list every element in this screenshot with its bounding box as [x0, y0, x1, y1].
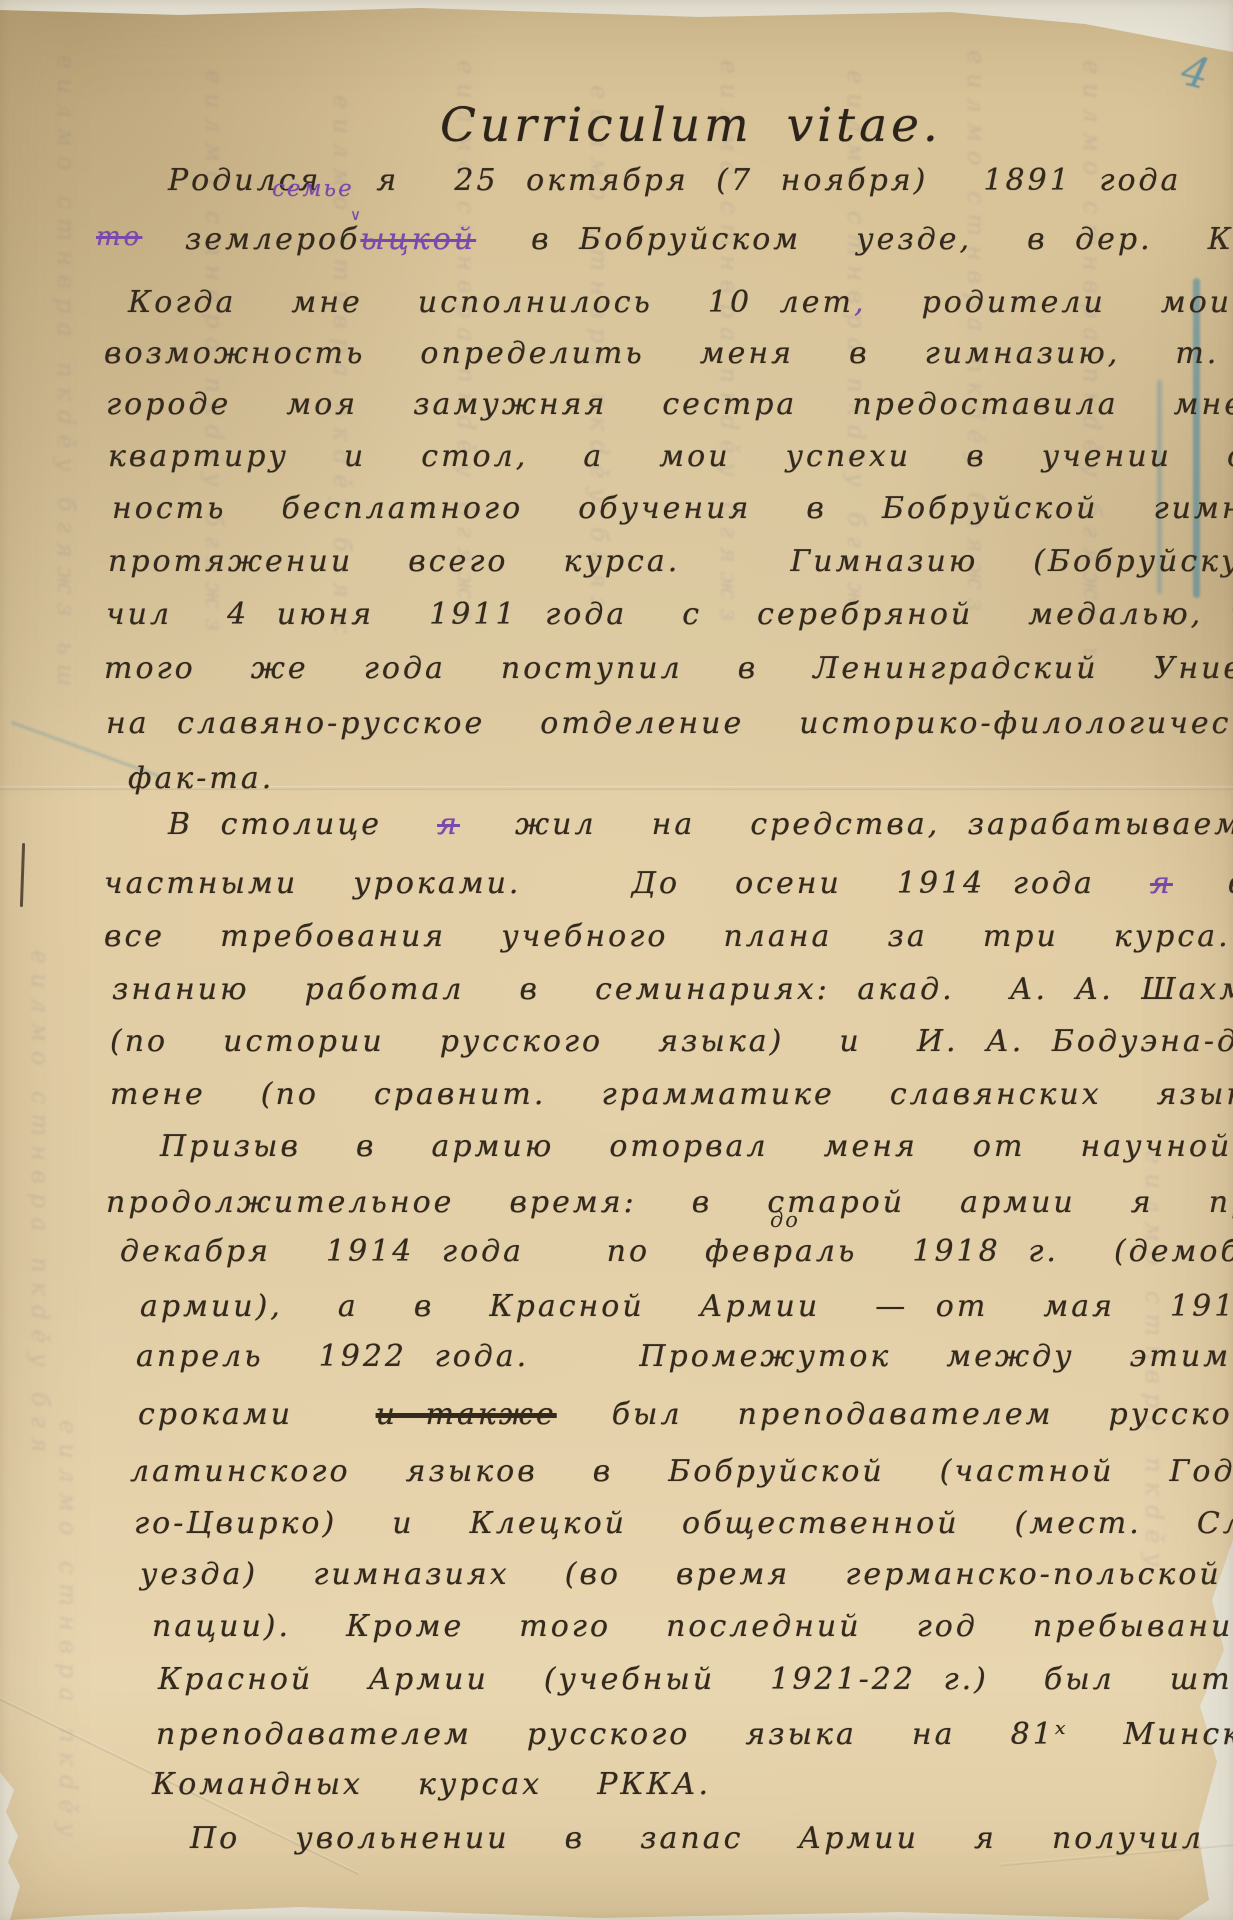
line-19: Призыв в армию оторвал меня от научной р…	[160, 1129, 1233, 1164]
line-25: латинского языков в Бобруйской (частной …	[130, 1454, 1233, 1489]
line-05: городе моя замужняя сестра предоставила …	[106, 387, 1233, 422]
inserted-word-do: до	[770, 1208, 800, 1232]
line-03-text: Когда мне исполнилось 10 лет	[128, 285, 854, 320]
scanned-document: еилмо стнвра пкděу бгяжз ьшчх еоаи нмлст…	[0, 0, 1233, 1920]
line-16: знанию работал в семинариях: акад. А. А.…	[112, 972, 1233, 1007]
line-13-text: В столице	[168, 807, 437, 842]
struck-phrase: и также	[376, 1397, 557, 1432]
line-13-text: жил на средства, зарабатываемые мною	[460, 807, 1233, 842]
line-30: преподавателем русского языка на 81ˣ Мин…	[156, 1717, 1233, 1752]
line-28: пации). Кроме того последний год пребыва…	[152, 1609, 1233, 1644]
line-21-text: демобилизации старой	[1129, 1234, 1233, 1269]
purple-struck-word: ыцкой	[360, 222, 476, 257]
document-title: Curriculum vitae.	[440, 98, 942, 153]
line-12: фак-та.	[128, 761, 274, 796]
line-03-text: родители мои получили	[867, 285, 1233, 320]
line-24: сроками и также был преподавателем русск…	[138, 1397, 1233, 1432]
margin-strikeout-mark: то	[96, 222, 142, 252]
line-14-text: выполнил	[1173, 866, 1233, 901]
line-24-text: сроками	[138, 1397, 376, 1432]
line-07: ность бесплатного обучения в Бобруйской …	[112, 491, 1233, 526]
purple-struck-word: я	[1150, 866, 1173, 901]
line-21: декабря 1914 года по февраль 1918 г. (де…	[120, 1234, 1233, 1269]
line-02: землеробыцкой в Бобруйском уезде, в дер.…	[185, 222, 1233, 257]
line-14-text: частными уроками. До осени 1914 года	[104, 866, 1150, 901]
line-21-text: декабря 1914 года по февраль 1918 г. (	[120, 1234, 1129, 1269]
line-17: (по истории русского языка) и И. А. Боду…	[110, 1024, 1233, 1059]
line-02-text: в Бобруйском уезде, в дер. Конча.	[476, 222, 1233, 257]
line-32: По увольнении в запас Армии я получил во…	[190, 1821, 1233, 1856]
line-31: Командных курсах РККА.	[152, 1767, 711, 1802]
line-09: чил 4 июня 1911 года с серебряной медаль…	[106, 597, 1233, 632]
line-02-text: землероб	[185, 222, 360, 257]
purple-struck-word: я	[437, 807, 460, 842]
line-20: продолжительное время: в старой армии я …	[106, 1185, 1233, 1220]
line-04: возможность определить меня в гимназию, …	[104, 336, 1233, 371]
line-29: Красной Армии (учебный 1921-22 г.) был ш…	[158, 1662, 1233, 1697]
line-26: го-Цвирко) и Клецкой общественной (мест.…	[134, 1506, 1233, 1541]
line-27: уезда) гимназиях (во время германско-пол…	[140, 1557, 1233, 1592]
line-15: все требования учебного плана за три кур…	[104, 919, 1233, 954]
line-24-text: был преподавателем русского и	[557, 1397, 1233, 1432]
inserted-word-semye: семье	[272, 176, 354, 202]
line-10: того же года поступил в Ленинградский Ун…	[104, 651, 1233, 686]
line-06: квартиру и стол, а мои успехи в учении д…	[108, 439, 1233, 474]
line-03: Когда мне исполнилось 10 лет, родители м…	[128, 285, 1233, 320]
purple-comma: ,	[854, 285, 867, 320]
line-13: В столице я жил на средства, зарабатывае…	[168, 807, 1233, 842]
line-14: частными уроками. До осени 1914 года я в…	[104, 866, 1233, 901]
line-22: армии), а в Красной Армии — от мая 1919 …	[140, 1289, 1233, 1324]
line-18: тене (по сравнит. грамматике славянских …	[110, 1077, 1233, 1112]
line-11: на славяно-русское отделение историко-фи…	[106, 706, 1233, 741]
line-08: протяжении всего курса. Гимназию (Бобруй…	[108, 544, 1233, 579]
line-23: апрель 1922 года. Промежуток между этими	[136, 1339, 1233, 1374]
